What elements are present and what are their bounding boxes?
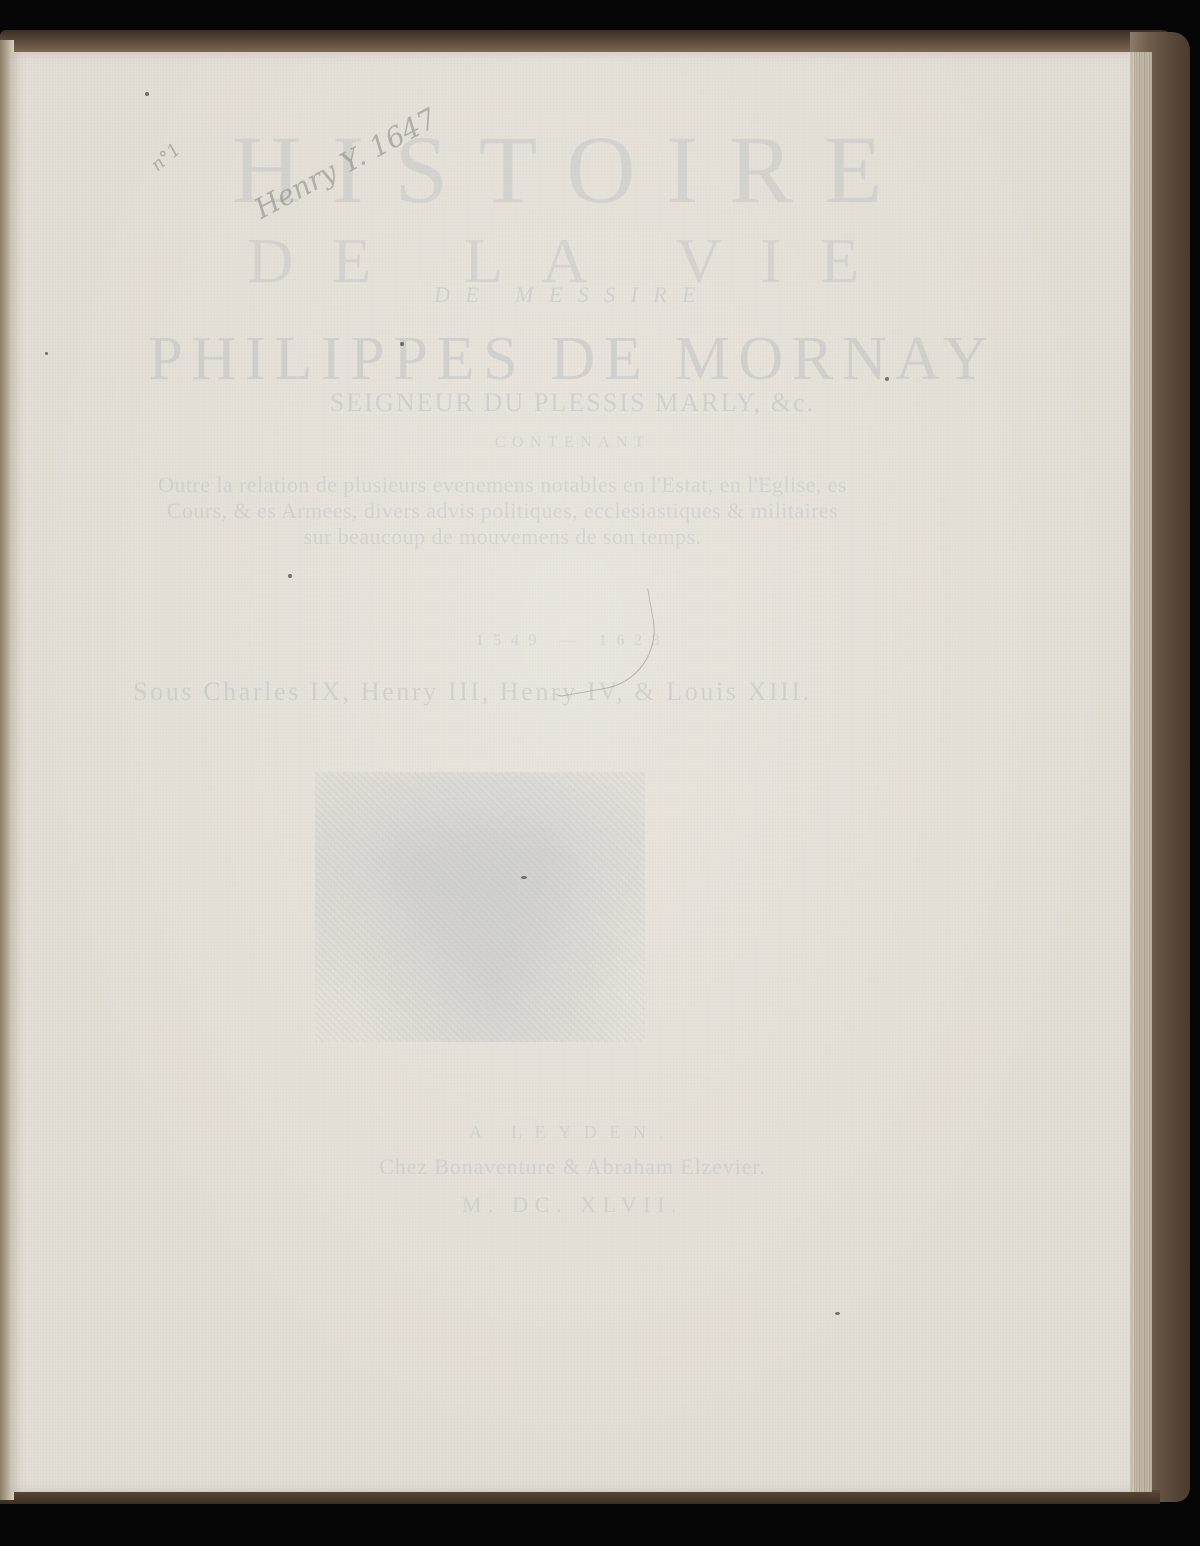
foxing-speck	[521, 876, 527, 879]
show-through-description: Outre la relation de plusieurs evenemens…	[10, 472, 1135, 550]
foxing-speck	[400, 342, 404, 346]
show-through-contenant: CONTENANT	[10, 434, 1135, 452]
show-through-honorific: DE MESSIRE	[10, 282, 1135, 308]
foxing-speck	[145, 92, 149, 96]
foxing-speck	[45, 352, 48, 355]
show-through-seigneur: SEIGNEUR DU PLESSIS MARLY, &c.	[10, 388, 1135, 418]
show-through-date: M. DC. XLVII.	[10, 1192, 1135, 1218]
show-through-printer: Chez Bonaventure & Abraham Elzevier.	[10, 1154, 1135, 1180]
foxing-speck	[835, 1312, 840, 1315]
foxing-speck	[288, 574, 292, 578]
book-cover-bottom-edge	[0, 1490, 1160, 1504]
show-through-name: PHILIPPES DE MORNAY	[10, 324, 1135, 395]
book-page: HISTOIRE DE LA VIE DE MESSIRE PHILIPPES …	[10, 52, 1135, 1492]
show-through-place: A LEYDEN,	[10, 1122, 1135, 1143]
printer-device-ornament	[315, 772, 645, 1042]
page-block-edges	[1130, 52, 1152, 1492]
show-through-title: HISTOIRE	[10, 114, 1135, 225]
foxing-speck	[885, 377, 889, 381]
